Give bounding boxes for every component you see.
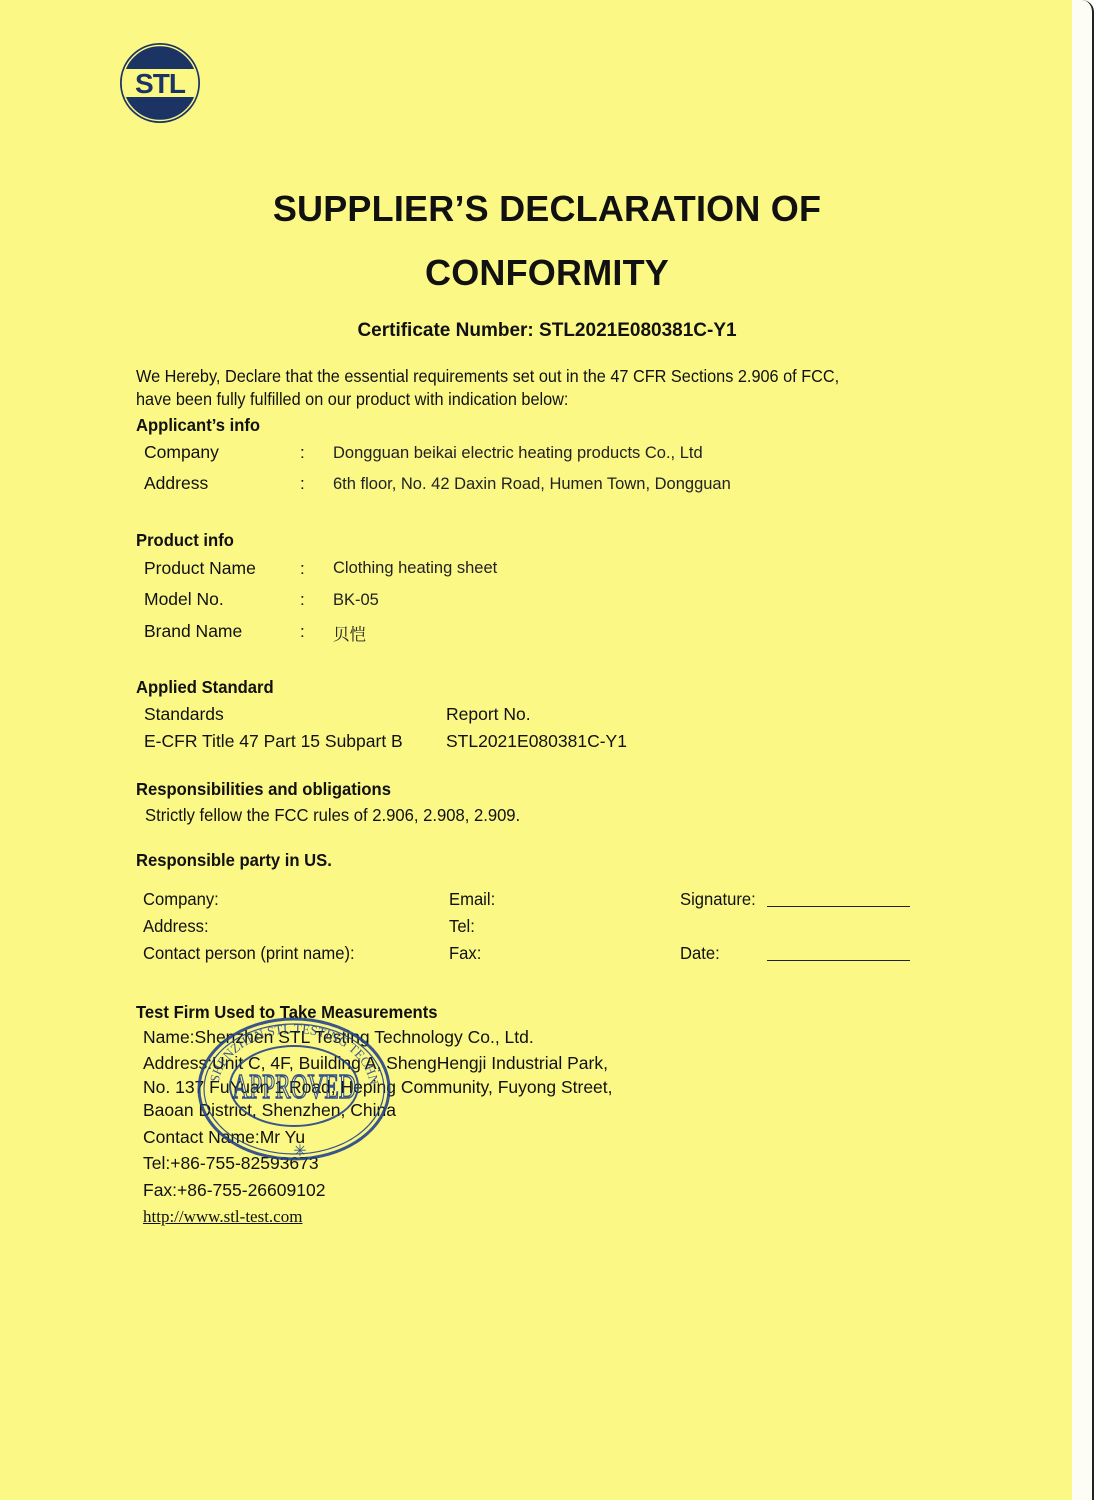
product-name-value: Clothing heating sheet xyxy=(333,559,497,578)
separator-colon: : xyxy=(300,474,305,494)
brand-name-value: 贝恺 xyxy=(333,621,366,645)
test-firm-tel: Tel:+86-755-82593673 xyxy=(143,1153,319,1174)
report-no-label: Report No. xyxy=(446,704,531,725)
model-no-value: BK-05 xyxy=(333,591,379,610)
report-no-value: STL2021E080381C-Y1 xyxy=(446,731,627,752)
model-no-label: Model No. xyxy=(144,589,224,610)
test-firm-address-line2: No. 137 FuYuan 1 Road, Heping Community,… xyxy=(143,1077,613,1098)
party-tel-label: Tel: xyxy=(449,916,475,937)
applicant-heading: Applicant’s info xyxy=(136,415,260,436)
test-firm-name: Name:Shenzhen STL Testing Technology Co.… xyxy=(143,1027,534,1048)
party-email-label: Email: xyxy=(449,889,495,910)
applicant-company-label: Company xyxy=(144,442,219,463)
party-contact-label: Contact person (print name): xyxy=(143,943,355,964)
separator-colon: : xyxy=(300,590,305,610)
intro-line2: have been fully fulfilled on our product… xyxy=(136,389,568,410)
document-title-line1: SUPPLIER’S DECLARATION OF xyxy=(0,188,1094,230)
intro-line1: We Hereby, Declare that the essential re… xyxy=(136,366,839,387)
standard-heading: Applied Standard xyxy=(136,677,274,698)
document-title-line2: CONFORMITY xyxy=(0,252,1094,294)
test-firm-address-line3: Baoan District, Shenzhen, China xyxy=(143,1100,396,1121)
test-firm-website-link[interactable]: http://www.stl-test.com xyxy=(143,1207,302,1227)
test-firm-contact: Contact Name:Mr Yu xyxy=(143,1127,305,1148)
separator-colon: : xyxy=(300,559,305,579)
standards-label: Standards xyxy=(144,704,224,725)
test-firm-address-line1: Address:Unit C, 4F, Building A, ShengHen… xyxy=(143,1053,608,1074)
date-line xyxy=(767,960,910,961)
separator-colon: : xyxy=(300,443,305,463)
applicant-address-label: Address xyxy=(144,473,208,494)
applicant-address-value: 6th floor, No. 42 Daxin Road, Humen Town… xyxy=(333,475,731,494)
certificate-number: Certificate Number: STL2021E080381C-Y1 xyxy=(0,320,1094,342)
certificate-value: STL2021E080381C-Y1 xyxy=(539,320,737,341)
stl-logo-icon: STL xyxy=(119,42,201,124)
test-firm-heading: Test Firm Used to Take Measurements xyxy=(136,1002,438,1023)
responsible-party-heading: Responsible party in US. xyxy=(136,850,332,871)
test-firm-fax: Fax:+86-755-26609102 xyxy=(143,1180,325,1201)
responsibilities-text: Strictly fellow the FCC rules of 2.906, … xyxy=(145,805,520,826)
party-address-label: Address: xyxy=(143,916,209,937)
svg-text:STL: STL xyxy=(135,68,186,99)
signature-label: Signature: xyxy=(680,889,756,910)
separator-colon: : xyxy=(300,622,305,642)
responsibilities-heading: Responsibilities and obligations xyxy=(136,779,391,800)
standards-value: E-CFR Title 47 Part 15 Subpart B xyxy=(144,731,403,752)
product-name-label: Product Name xyxy=(144,558,256,579)
applicant-company-value: Dongguan beikai electric heating product… xyxy=(333,444,703,463)
date-label: Date: xyxy=(680,943,720,964)
party-fax-label: Fax: xyxy=(449,943,481,964)
signature-line xyxy=(767,906,910,907)
product-heading: Product info xyxy=(136,530,234,551)
brand-name-label: Brand Name xyxy=(144,621,242,642)
party-company-label: Company: xyxy=(143,889,219,910)
certificate-label: Certificate Number: xyxy=(357,320,533,341)
